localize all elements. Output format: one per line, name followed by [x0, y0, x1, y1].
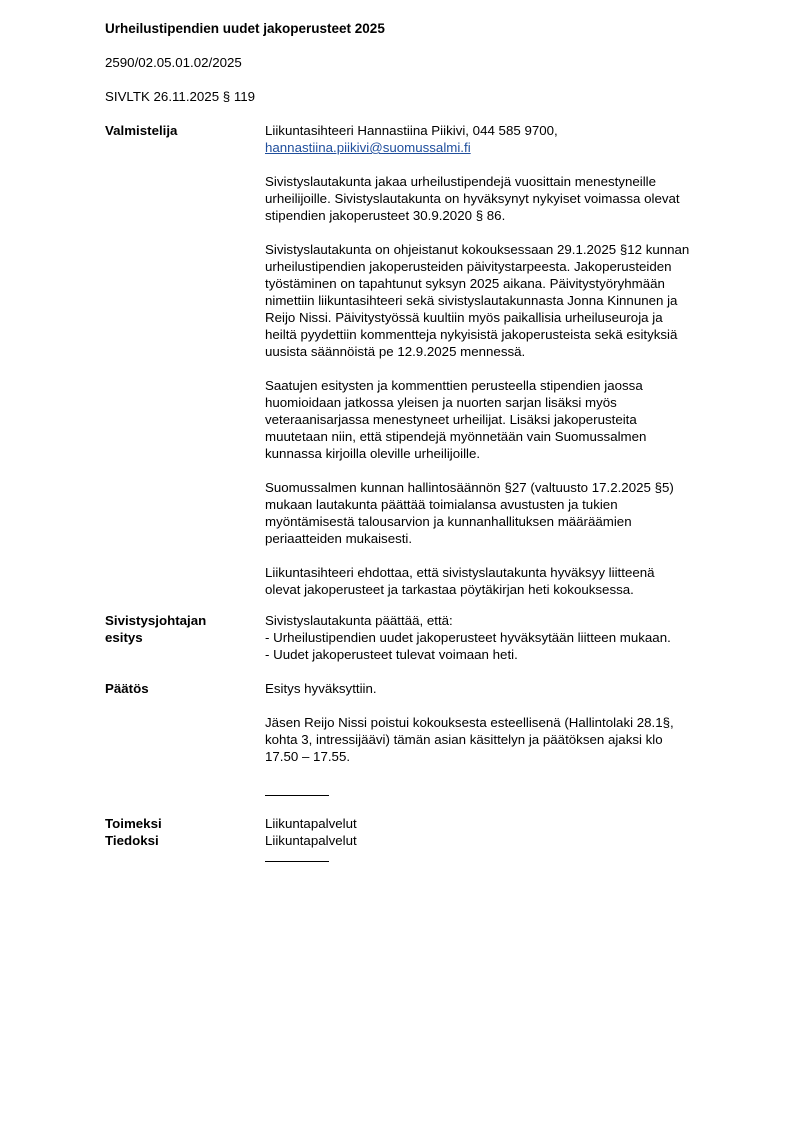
paragraph-update-process: Sivistyslautakunta on ohjeistanut kokouk…: [265, 241, 765, 360]
esitys-content: Sivistyslautakunta päättää, että: - Urhe…: [265, 612, 765, 663]
paragraph-background: Sivistyslautakunta jakaa urheilustipende…: [265, 173, 765, 224]
section-label-valmistelija: Valmistelija: [105, 122, 177, 139]
esitys-item-1: - Urheilustipendien uudet jakoperusteet …: [265, 629, 765, 646]
label-toimeksi: Toimeksi: [105, 815, 162, 832]
section-label-paatos: Päätös: [105, 680, 149, 697]
document-title: Urheilustipendien uudet jakoperusteet 20…: [105, 20, 385, 37]
preparer-contact: Liikuntasihteeri Hannastiina Piikivi, 04…: [265, 122, 765, 139]
esitys-intro: Sivistyslautakunta päättää, että:: [265, 612, 765, 629]
paatos-content: Esitys hyväksyttiin. Jäsen Reijo Nissi p…: [265, 680, 765, 765]
paragraph-authority: Suomussalmen kunnan hallintosäännön §27 …: [265, 479, 765, 547]
recusal-note: Jäsen Reijo Nissi poistui kokouksesta es…: [265, 714, 765, 765]
esitys-label-line2: esitys: [105, 629, 206, 646]
meeting-reference: SIVLTK 26.11.2025 § 119: [105, 88, 255, 105]
paragraph-changes: Saatujen esitysten ja kommenttien perust…: [265, 377, 765, 462]
reference-number: 2590/02.05.01.02/2025: [105, 54, 242, 71]
section-label-esitys: Sivistysjohtajan esitys: [105, 612, 206, 646]
value-tiedoksi: Liikuntapalvelut: [265, 832, 765, 849]
paragraph-proposal: Liikuntasihteeri ehdottaa, että sivistys…: [265, 564, 765, 598]
separator-line: [265, 795, 329, 796]
value-toimeksi: Liikuntapalvelut: [265, 815, 765, 832]
valmistelija-content: Liikuntasihteeri Hannastiina Piikivi, 04…: [265, 122, 765, 598]
esitys-label-line1: Sivistysjohtajan: [105, 612, 206, 629]
preparer-email-link[interactable]: hannastiina.piikivi@suomussalmi.fi: [265, 140, 471, 155]
decision-text: Esitys hyväksyttiin.: [265, 680, 765, 697]
esitys-item-2: - Uudet jakoperusteet tulevat voimaan he…: [265, 646, 765, 663]
separator-line: [265, 861, 329, 862]
label-tiedoksi: Tiedoksi: [105, 832, 159, 849]
